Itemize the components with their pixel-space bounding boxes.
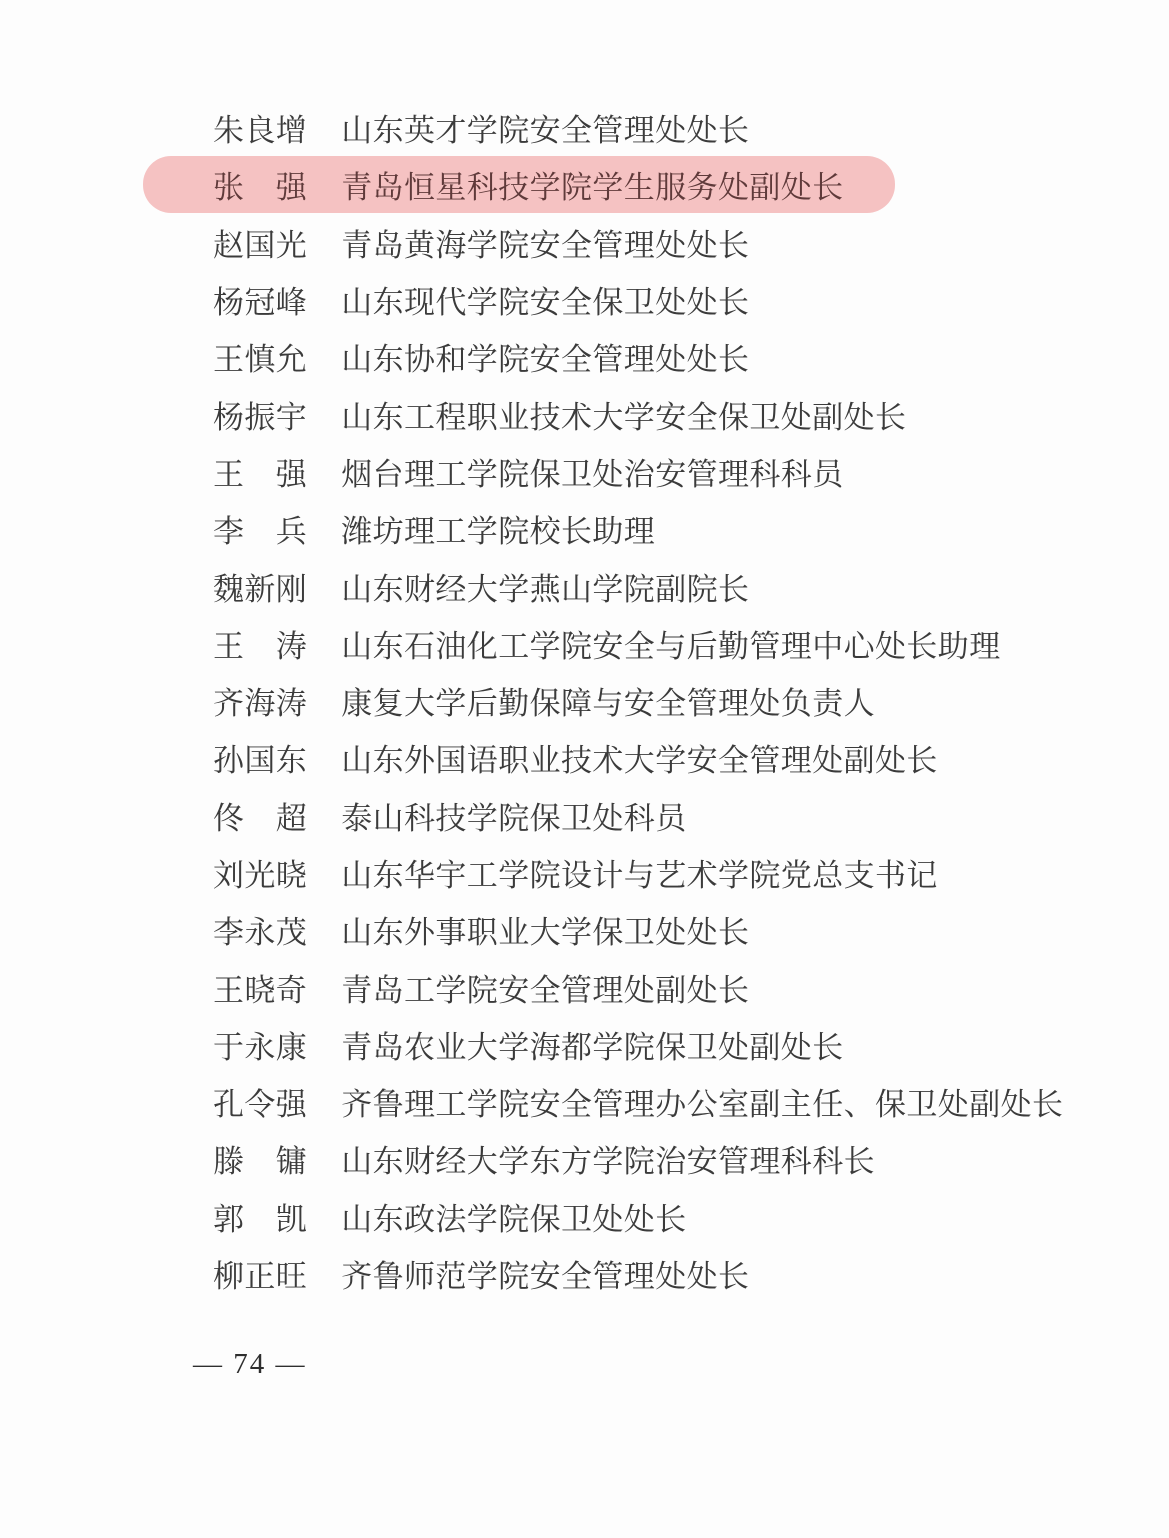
roster-row: 赵国光 青岛黄海学院安全管理处处长 [213,214,1129,271]
person-name: 王晓奇 [213,965,307,1010]
personnel-roster: 朱良增 山东英才学院安全管理处处长 张 强 青岛恒星科技学院学生服务处副处长 赵… [213,99,1129,1302]
person-title: 山东工程职业技术大学安全保卫处副处长 [341,392,906,437]
person-name: 刘光晓 [213,850,307,895]
roster-row: 孙国东 山东外国语职业技术大学安全管理处副处长 [213,729,1129,786]
person-title: 烟台理工学院保卫处治安管理科科员 [341,449,843,494]
person-name: 于永康 [213,1022,307,1067]
person-name: 李永茂 [213,907,307,952]
person-name: 柳正旺 [213,1251,307,1296]
person-title: 青岛农业大学海都学院保卫处副处长 [341,1022,843,1067]
person-title: 青岛黄海学院安全管理处处长 [341,220,749,265]
roster-row-highlighted: 张 强 青岛恒星科技学院学生服务处副处长 [213,156,1129,213]
person-name: 孙国东 [213,735,307,780]
person-name: 孔令强 [213,1079,307,1124]
roster-row: 王晓奇 青岛工学院安全管理处副处长 [213,958,1129,1015]
person-title: 山东协和学院安全管理处处长 [341,334,749,379]
person-name: 王 涛 [213,621,307,666]
person-title: 青岛工学院安全管理处副处长 [341,965,749,1010]
roster-row: 李永茂 山东外事职业大学保卫处处长 [213,901,1129,958]
person-title: 青岛恒星科技学院学生服务处副处长 [341,162,843,207]
person-name: 王 强 [213,449,307,494]
roster-row: 王 涛 山东石油化工学院安全与后勤管理中心处长助理 [213,615,1129,672]
person-name: 杨冠峰 [213,277,307,322]
roster-row: 杨振宇 山东工程职业技术大学安全保卫处副处长 [213,385,1129,442]
document-page: 朱良增 山东英才学院安全管理处处长 张 强 青岛恒星科技学院学生服务处副处长 赵… [0,0,1169,1538]
person-title: 山东政法学院保卫处处长 [341,1194,686,1239]
person-title: 山东外国语职业技术大学安全管理处副处长 [341,735,938,780]
person-name: 滕 镛 [213,1136,307,1181]
roster-row: 佟 超 泰山科技学院保卫处科员 [213,787,1129,844]
person-name: 赵国光 [213,220,307,265]
roster-row: 于永康 青岛农业大学海都学院保卫处副处长 [213,1016,1129,1073]
person-title: 山东石油化工学院安全与后勤管理中心处长助理 [341,621,1000,666]
person-title: 潍坊理工学院校长助理 [341,506,655,551]
person-name: 王慎允 [213,334,307,379]
person-title: 山东现代学院安全保卫处处长 [341,277,749,322]
person-title: 泰山科技学院保卫处科员 [341,793,686,838]
roster-row: 刘光晓 山东华宇工学院设计与艺术学院党总支书记 [213,844,1129,901]
roster-row: 朱良增 山东英才学院安全管理处处长 [213,99,1129,156]
person-name: 郭 凯 [213,1194,307,1239]
person-name: 张 强 [213,162,307,207]
roster-row: 杨冠峰 山东现代学院安全保卫处处长 [213,271,1129,328]
roster-row: 魏新刚 山东财经大学燕山学院副院长 [213,557,1129,614]
person-title: 山东财经大学东方学院治安管理科科长 [341,1136,875,1181]
person-title: 齐鲁师范学院安全管理处处长 [341,1251,749,1296]
roster-row: 王慎允 山东协和学院安全管理处处长 [213,328,1129,385]
person-title: 齐鲁理工学院安全管理办公室副主任、保卫处副处长 [341,1079,1063,1124]
person-title: 山东英才学院安全管理处处长 [341,105,749,150]
roster-row: 李 兵 潍坊理工学院校长助理 [213,500,1129,557]
person-name: 齐海涛 [213,678,307,723]
roster-row: 柳正旺 齐鲁师范学院安全管理处处长 [213,1245,1129,1302]
person-name: 朱良增 [213,105,307,150]
roster-row: 齐海涛 康复大学后勤保障与安全管理处负责人 [213,672,1129,729]
person-title: 康复大学后勤保障与安全管理处负责人 [341,678,875,723]
person-title: 山东财经大学燕山学院副院长 [341,564,749,609]
person-name: 李 兵 [213,506,307,551]
person-title: 山东外事职业大学保卫处处长 [341,907,749,952]
roster-row: 郭 凯 山东政法学院保卫处处长 [213,1188,1129,1245]
person-name: 杨振宇 [213,392,307,437]
page-number: — 74 — [193,1348,307,1381]
person-name: 佟 超 [213,793,307,838]
roster-row: 王 强 烟台理工学院保卫处治安管理科科员 [213,443,1129,500]
person-name: 魏新刚 [213,564,307,609]
person-title: 山东华宇工学院设计与艺术学院党总支书记 [341,850,938,895]
roster-row: 滕 镛 山东财经大学东方学院治安管理科科长 [213,1130,1129,1187]
roster-row: 孔令强 齐鲁理工学院安全管理办公室副主任、保卫处副处长 [213,1073,1129,1130]
